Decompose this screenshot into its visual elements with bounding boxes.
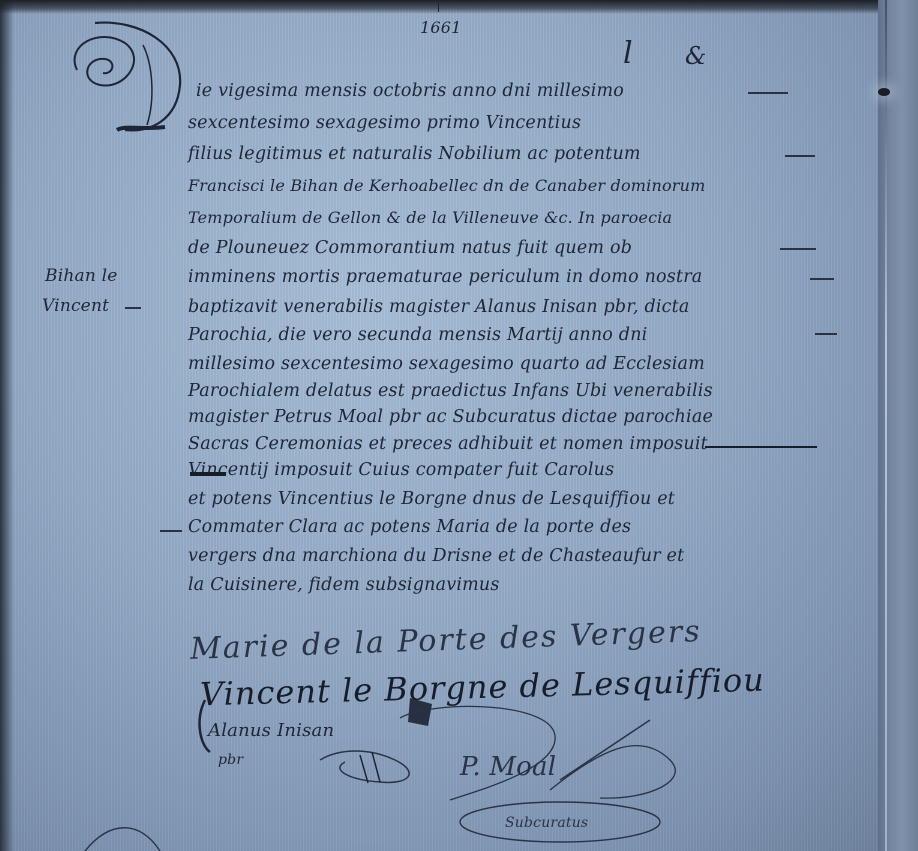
register-page: 1661 l & ie vigesima mensis octobris ann… xyxy=(0,0,918,851)
signature-flourishes-icon xyxy=(0,0,918,851)
